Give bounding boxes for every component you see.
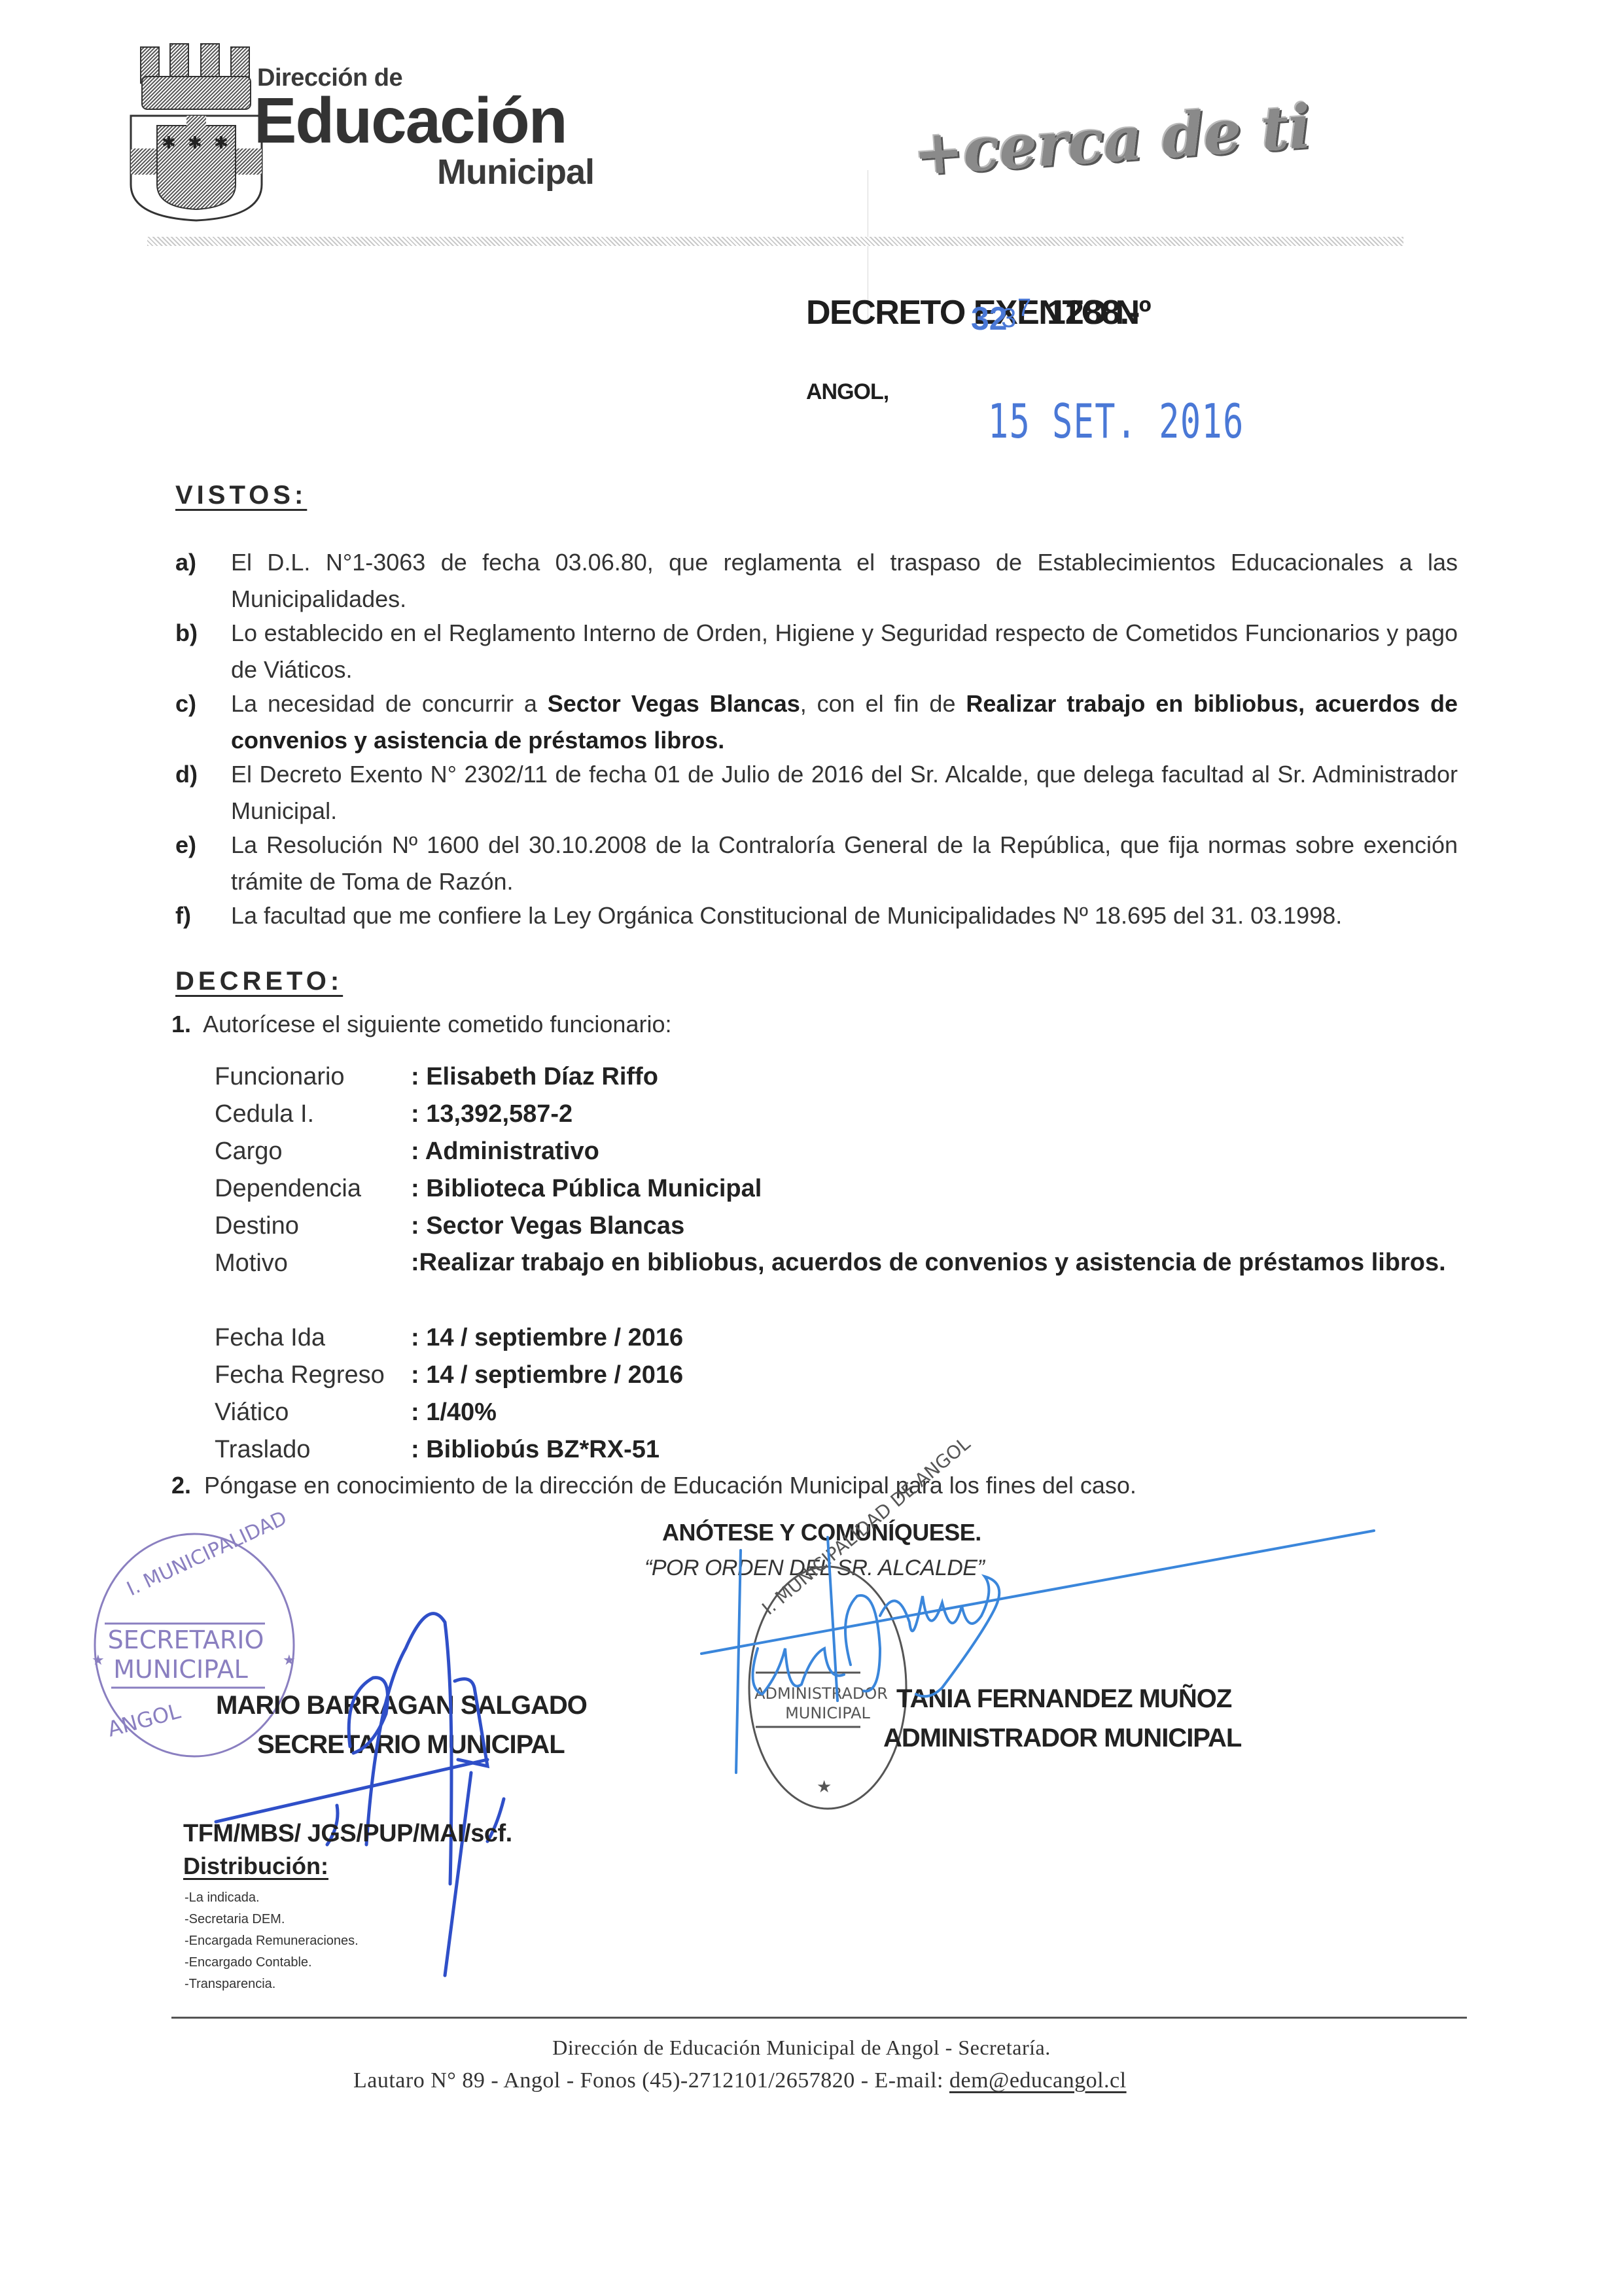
field-key: Fecha Ida — [215, 1324, 411, 1352]
svg-text:MUNICIPAL: MUNICIPAL — [113, 1655, 248, 1684]
distribution-item: -Secretaria DEM. — [185, 1909, 359, 1930]
signatory-1-name: MARIO BARRAGAN SALGADO — [216, 1691, 587, 1720]
item-text: Lo establecido en el Reglamento Interno … — [231, 615, 1458, 688]
destination-bold: Sector Vegas Blancas — [548, 690, 800, 717]
visto-item-a: a) El D.L. N°1-3063 de fecha 03.06.80, q… — [175, 544, 1458, 617]
svg-text:SECRETARIO: SECRETARIO — [108, 1626, 264, 1654]
footer-org-line: Dirección de Educación Municipal de Ango… — [0, 2036, 1603, 2060]
svg-text:★: ★ — [283, 1652, 296, 1669]
distribution-item: -La indicada. — [185, 1887, 359, 1909]
item-text: La necesidad de concurrir a Sector Vegas… — [231, 686, 1458, 759]
distribution-item: -Encargado Contable. — [185, 1952, 359, 1974]
field-value: : Administrativo — [411, 1138, 599, 1166]
distribution-list: -La indicada. -Secretaria DEM. -Encargad… — [185, 1887, 359, 1995]
closing-anotese: ANÓTESE Y COMUNÍQUESE. — [662, 1519, 981, 1546]
item-text: El Decreto Exento N° 2302/11 de fecha 01… — [231, 756, 1458, 829]
field-value: : Sector Vegas Blancas — [411, 1212, 684, 1240]
item-text: El D.L. N°1-3063 de fecha 03.06.80, que … — [231, 544, 1458, 617]
footer-email-link[interactable]: dem@educangol.cl — [949, 2068, 1127, 2093]
svg-text:★: ★ — [817, 1777, 832, 1797]
visto-item-e: e) La Resolución Nº 1600 del 30.10.2008 … — [175, 827, 1458, 900]
svg-text:I. MUNICIPALIDAD: I. MUNICIPALIDAD — [124, 1506, 291, 1601]
field-key: Dependencia — [215, 1175, 411, 1203]
decree-stamp-digit: 3 — [1001, 302, 1016, 334]
closing-por-orden: “POR ORDEN DEL SR. ALCALDE” — [644, 1556, 984, 1581]
visto-item-f: f) La facultad que me confiere la Ley Or… — [175, 897, 1458, 934]
field-key: Cedula I. — [215, 1100, 411, 1128]
municipal-coat-of-arms-icon: ✱✱✱ — [128, 41, 265, 224]
org-name-line3: Municipal — [437, 152, 594, 192]
item-label: e) — [175, 827, 196, 863]
reference-initials: TFM/MBS/ JGS/PUP/MAI/scf. — [183, 1820, 512, 1848]
decree-stamp-digit: 7 — [1017, 294, 1031, 322]
date-stamp: 15 SET. 2016 — [988, 394, 1244, 449]
item-text: La Resolución Nº 1600 del 30.10.2008 de … — [231, 827, 1458, 900]
field-key: Traslado — [215, 1436, 411, 1464]
footer-divider — [171, 2017, 1467, 2019]
svg-text:★: ★ — [92, 1652, 105, 1669]
visto-item-d: d) El Decreto Exento N° 2302/11 de fecha… — [175, 756, 1458, 829]
signatory-2-name: TANIA FERNANDEZ MUÑOZ — [896, 1684, 1231, 1714]
field-value: : 13,392,587-2 — [411, 1100, 572, 1128]
field-key: Funcionario — [215, 1063, 411, 1091]
decreto-heading: DECRETO: — [175, 967, 343, 996]
field-value: : 1/40% — [411, 1399, 497, 1427]
distribution-item: -Encargada Remuneraciones. — [185, 1930, 359, 1952]
footer-contact-line: Lautaro N° 89 - Angol - Fonos (45)-27121… — [353, 2068, 1127, 2093]
field-value: : Biblioteca Pública Municipal — [411, 1175, 762, 1203]
decree-number: 1288.- — [1047, 293, 1139, 332]
field-key: Fecha Regreso — [215, 1361, 411, 1389]
field-value-motivo: :Realizar trabajo en bibliobus, acuerdos… — [411, 1244, 1458, 1281]
field-key: Motivo — [215, 1249, 411, 1278]
distribution-item: -Transparencia. — [185, 1974, 359, 1995]
distribution-heading: Distribución: — [183, 1852, 328, 1880]
item-text: La facultad que me confiere la Ley Orgán… — [231, 897, 1458, 934]
field-key: Cargo — [215, 1138, 411, 1166]
field-value: : 14 / septiembre / 2016 — [411, 1361, 683, 1389]
slogan: +cerca de ti — [911, 91, 1312, 189]
visto-item-c: c) La necesidad de concurrir a Sector Ve… — [175, 686, 1458, 759]
field-value: : 14 / septiembre / 2016 — [411, 1324, 683, 1352]
signatory-2-title: ADMINISTRADOR MUNICIPAL — [883, 1724, 1241, 1753]
item-label: a) — [175, 544, 196, 581]
item-label: d) — [175, 756, 198, 793]
svg-text:ADMINISTRADOR: ADMINISTRADOR — [754, 1684, 888, 1703]
svg-text:ANGOL: ANGOL — [105, 1699, 183, 1742]
svg-text:✱: ✱ — [162, 133, 176, 153]
header-divider — [147, 237, 1403, 246]
decree-paragraph-1: 1. Autorícese el siguiente cometido func… — [171, 1011, 671, 1038]
signatory-1-title: SECRETARIO MUNICIPAL — [257, 1730, 565, 1760]
decree-city: ANGOL, — [806, 379, 889, 405]
item-label: f) — [175, 897, 191, 934]
item-label: b) — [175, 615, 198, 652]
field-key: Destino — [215, 1212, 411, 1240]
svg-text:✱: ✱ — [188, 133, 202, 153]
vistos-heading: VISTOS: — [175, 481, 307, 510]
org-name-line2: Educación — [254, 88, 567, 152]
field-key: Viático — [215, 1399, 411, 1427]
field-value: : Bibliobús BZ*RX-51 — [411, 1436, 660, 1464]
decree-paragraph-2: 2. Póngase en conocimiento de la direcci… — [171, 1472, 1136, 1499]
field-value: : Elisabeth Díaz Riffo — [411, 1063, 658, 1091]
svg-text:MUNICIPAL: MUNICIPAL — [785, 1704, 870, 1722]
svg-text:✱: ✱ — [214, 133, 228, 153]
item-label: c) — [175, 686, 196, 722]
visto-item-b: b) Lo establecido en el Reglamento Inter… — [175, 615, 1458, 688]
